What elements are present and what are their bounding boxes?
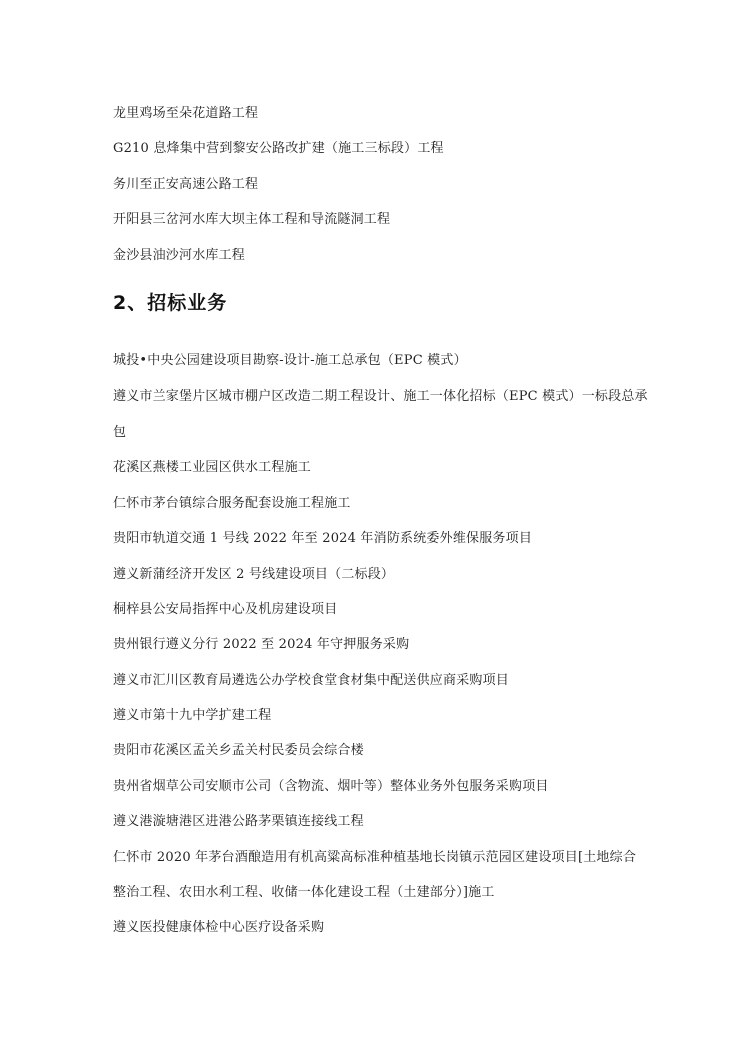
tender-item: 贵州省烟草公司安顺市公司（含物流、烟叶等）整体业务外包服务采购项目 [113,778,549,796]
tender-item: 遵义市第十九中学扩建工程 [113,707,271,725]
tender-item: 贵阳市轨道交通 1 号线 2022 年至 2024 年消防系统委外维保服务项目 [113,530,532,548]
tender-item: 包 [113,424,126,442]
tender-item: 城投•中央公园建设项目勘察-设计-施工总承包（EPC 模式） [113,352,467,370]
tender-item: 桐梓县公安局指挥中心及机房建设项目 [113,601,337,619]
tender-item: 遵义市汇川区教育局遴选公办学校食堂食材集中配送供应商采购项目 [113,672,509,690]
tender-item: 贵州银行遵义分行 2022 至 2024 年守押服务采购 [113,636,409,654]
tender-item: 仁怀市 2020 年茅台酒酿造用有机高粱高标准种植基地长岗镇示范园区建设项目[土… [113,849,636,867]
tender-item: 整治工程、农田水利工程、收储一体化建设工程（土建部分）]施工 [113,884,495,902]
tender-item: 遵义港漩塘港区进港公路茅栗镇连接线工程 [113,813,364,831]
tender-item: 花溪区燕楼工业园区供水工程施工 [113,459,311,477]
project-item: 龙里鸡场至朵花道路工程 [113,105,258,123]
project-item: G210 息烽集中营到黎安公路改扩建（施工三标段）工程 [113,140,444,158]
tender-item: 遵义医投健康体检中心医疗设备采购 [113,919,324,937]
tender-item: 仁怀市茅台镇综合服务配套设施工程施工 [113,495,351,513]
tender-item: 贵阳市花溪区孟关乡孟关村民委员会综合楼 [113,742,364,760]
tender-item: 遵义市兰家堡片区城市棚户区改造二期工程设计、施工一体化招标（EPC 模式）一标段… [113,388,648,406]
project-item: 金沙县油沙河水库工程 [113,247,245,265]
section-heading: 2、招标业务 [113,290,227,316]
project-item: 开阳县三岔河水库大坝主体工程和导流隧洞工程 [113,211,390,229]
tender-item: 遵义新蒲经济开发区 2 号线建设项目（二标段） [113,566,394,584]
project-item: 务川至正安高速公路工程 [113,176,258,194]
